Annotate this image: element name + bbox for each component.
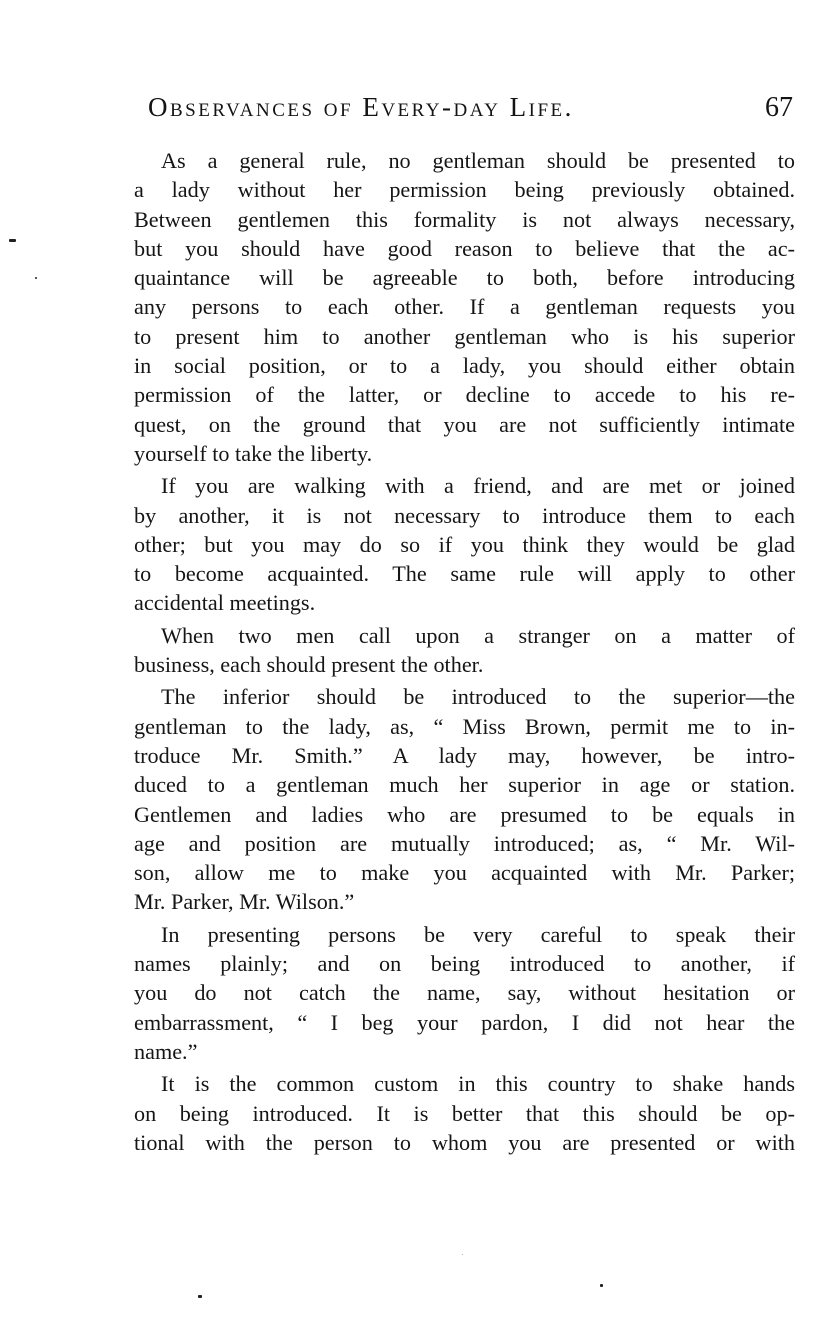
paragraph-presenting-names: In presenting persons be very careful to…: [107, 920, 795, 1066]
text-line: on being introduced. It is better that t…: [107, 1099, 795, 1128]
text-line: Mr. Parker, Mr. Wilson.”: [107, 887, 795, 916]
text-line: duced to a gentleman much her superior i…: [107, 770, 795, 799]
text-line: but you should have good reason to belie…: [107, 234, 795, 263]
text-line: quaintance will be agreeable to both, be…: [107, 263, 795, 292]
text-line: age and position are mutually introduced…: [107, 829, 795, 858]
text-line: son, allow me to make you acquainted wit…: [107, 858, 795, 887]
paragraph-inferior-superior: The inferior should be introduced to the…: [107, 682, 795, 916]
text-line: name.”: [107, 1037, 795, 1066]
scan-speck: [198, 1295, 202, 1298]
text-line: to become acquainted. The same rule will…: [107, 559, 795, 588]
text-line: any persons to each other. If a gentlema…: [107, 292, 795, 321]
text-line: to present him to another gentleman who …: [107, 322, 795, 351]
running-head-title: Observances of Every-day Life.: [148, 92, 574, 123]
paragraph-walking-with-friend: If you are walking with a friend, and ar…: [107, 471, 795, 617]
text-line: If you are walking with a friend, and ar…: [107, 471, 795, 500]
text-line: by another, it is not necessary to intro…: [107, 501, 795, 530]
text-line: in social position, or to a lady, you sh…: [107, 351, 795, 380]
text-line: accidental meetings.: [107, 588, 795, 617]
text-line: a lady without her permission being prev…: [107, 175, 795, 204]
text-line: names plainly; and on being introduced t…: [107, 949, 795, 978]
text-line: quest, on the ground that you are not su…: [107, 410, 795, 439]
book-page: Observances of Every-day Life. 67 As a g…: [0, 0, 832, 1342]
page-number: 67: [765, 92, 793, 124]
text-line: It is the common custom in this country …: [107, 1069, 795, 1098]
text-line: troduce Mr. Smith.” A lady may, however,…: [107, 741, 795, 770]
paragraph-business-call: When two men call upon a stranger on a m…: [107, 621, 795, 680]
paragraph-presentation-rule: As a general rule, no gentleman should b…: [107, 146, 795, 468]
text-line: tional with the person to whom you are p…: [107, 1128, 795, 1157]
scan-speck: [600, 1284, 603, 1287]
text-line: The inferior should be introduced to the…: [107, 682, 795, 711]
text-line: you do not catch the name, say, without …: [107, 978, 795, 1007]
text-line: business, each should present the other.: [107, 650, 795, 679]
text-line: Between gentlemen this formality is not …: [107, 205, 795, 234]
text-line: Gentlemen and ladies who are presumed to…: [107, 800, 795, 829]
text-line: In presenting persons be very careful to…: [107, 920, 795, 949]
text-line: yourself to take the liberty.: [107, 439, 795, 468]
text-line: embarrassment, “ I beg your pardon, I di…: [107, 1008, 795, 1037]
text-line: permission of the latter, or decline to …: [107, 380, 795, 409]
scan-speck: [35, 277, 37, 279]
text-line: gentleman to the lady, as, “ Miss Brown,…: [107, 712, 795, 741]
paragraph-shaking-hands: It is the common custom in this country …: [107, 1069, 795, 1157]
body-text: As a general rule, no gentleman should b…: [107, 146, 795, 1157]
text-line: When two men call upon a stranger on a m…: [107, 621, 795, 650]
text-line: As a general rule, no gentleman should b…: [107, 146, 795, 175]
running-head: Observances of Every-day Life. 67: [148, 92, 793, 132]
scan-speck: [462, 1254, 463, 1255]
scan-speck: [9, 239, 16, 242]
text-line: other; but you may do so if you think th…: [107, 530, 795, 559]
